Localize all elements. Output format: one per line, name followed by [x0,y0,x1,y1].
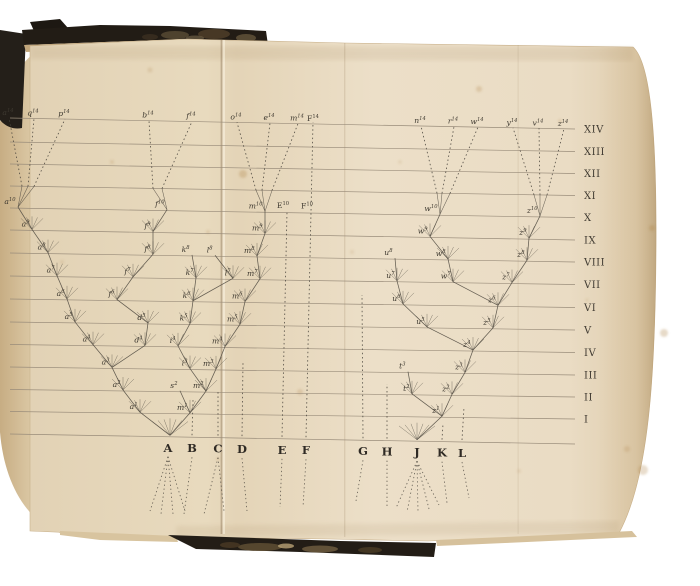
book-photograph: XIVXIIIXIIXIXIXVIIIVIIVIVIVIIIIIIa1m1a2s… [0,0,700,586]
roman-numeral: II [584,393,593,404]
roman-numeral: IV [584,348,596,359]
base-letter: H [382,445,393,459]
base-letter: L [458,446,466,460]
darwin-tree-plate-scene: XIVXIIIXIIXIXIXVIIIVIIVIVIVIIIIIIa1m1a2s… [0,0,700,586]
roman-numeral: XIII [584,147,605,158]
base-letter: F [302,443,311,457]
base-letter: A [163,441,174,455]
roman-numeral: XI [584,191,596,202]
roman-numeral: XIV [584,125,604,136]
base-letter: C [213,442,222,456]
roman-numeral: IX [584,236,596,247]
base-letter: K [437,446,448,460]
base-letter: G [358,444,368,458]
roman-numeral: V [583,326,592,337]
roman-numeral: I [584,415,588,426]
roman-numeral: VI [583,303,596,314]
roman-numeral: X [584,213,592,224]
base-letter: J [413,445,419,459]
roman-numeral: III [584,371,597,382]
plate-top-shadow [30,46,633,61]
roman-numeral: VII [583,280,601,291]
roman-numeral: XII [584,169,601,180]
base-letter: E [278,443,287,457]
roman-numeral: VIII [583,258,605,269]
base-letter: D [237,442,247,456]
base-letter: B [187,441,197,455]
